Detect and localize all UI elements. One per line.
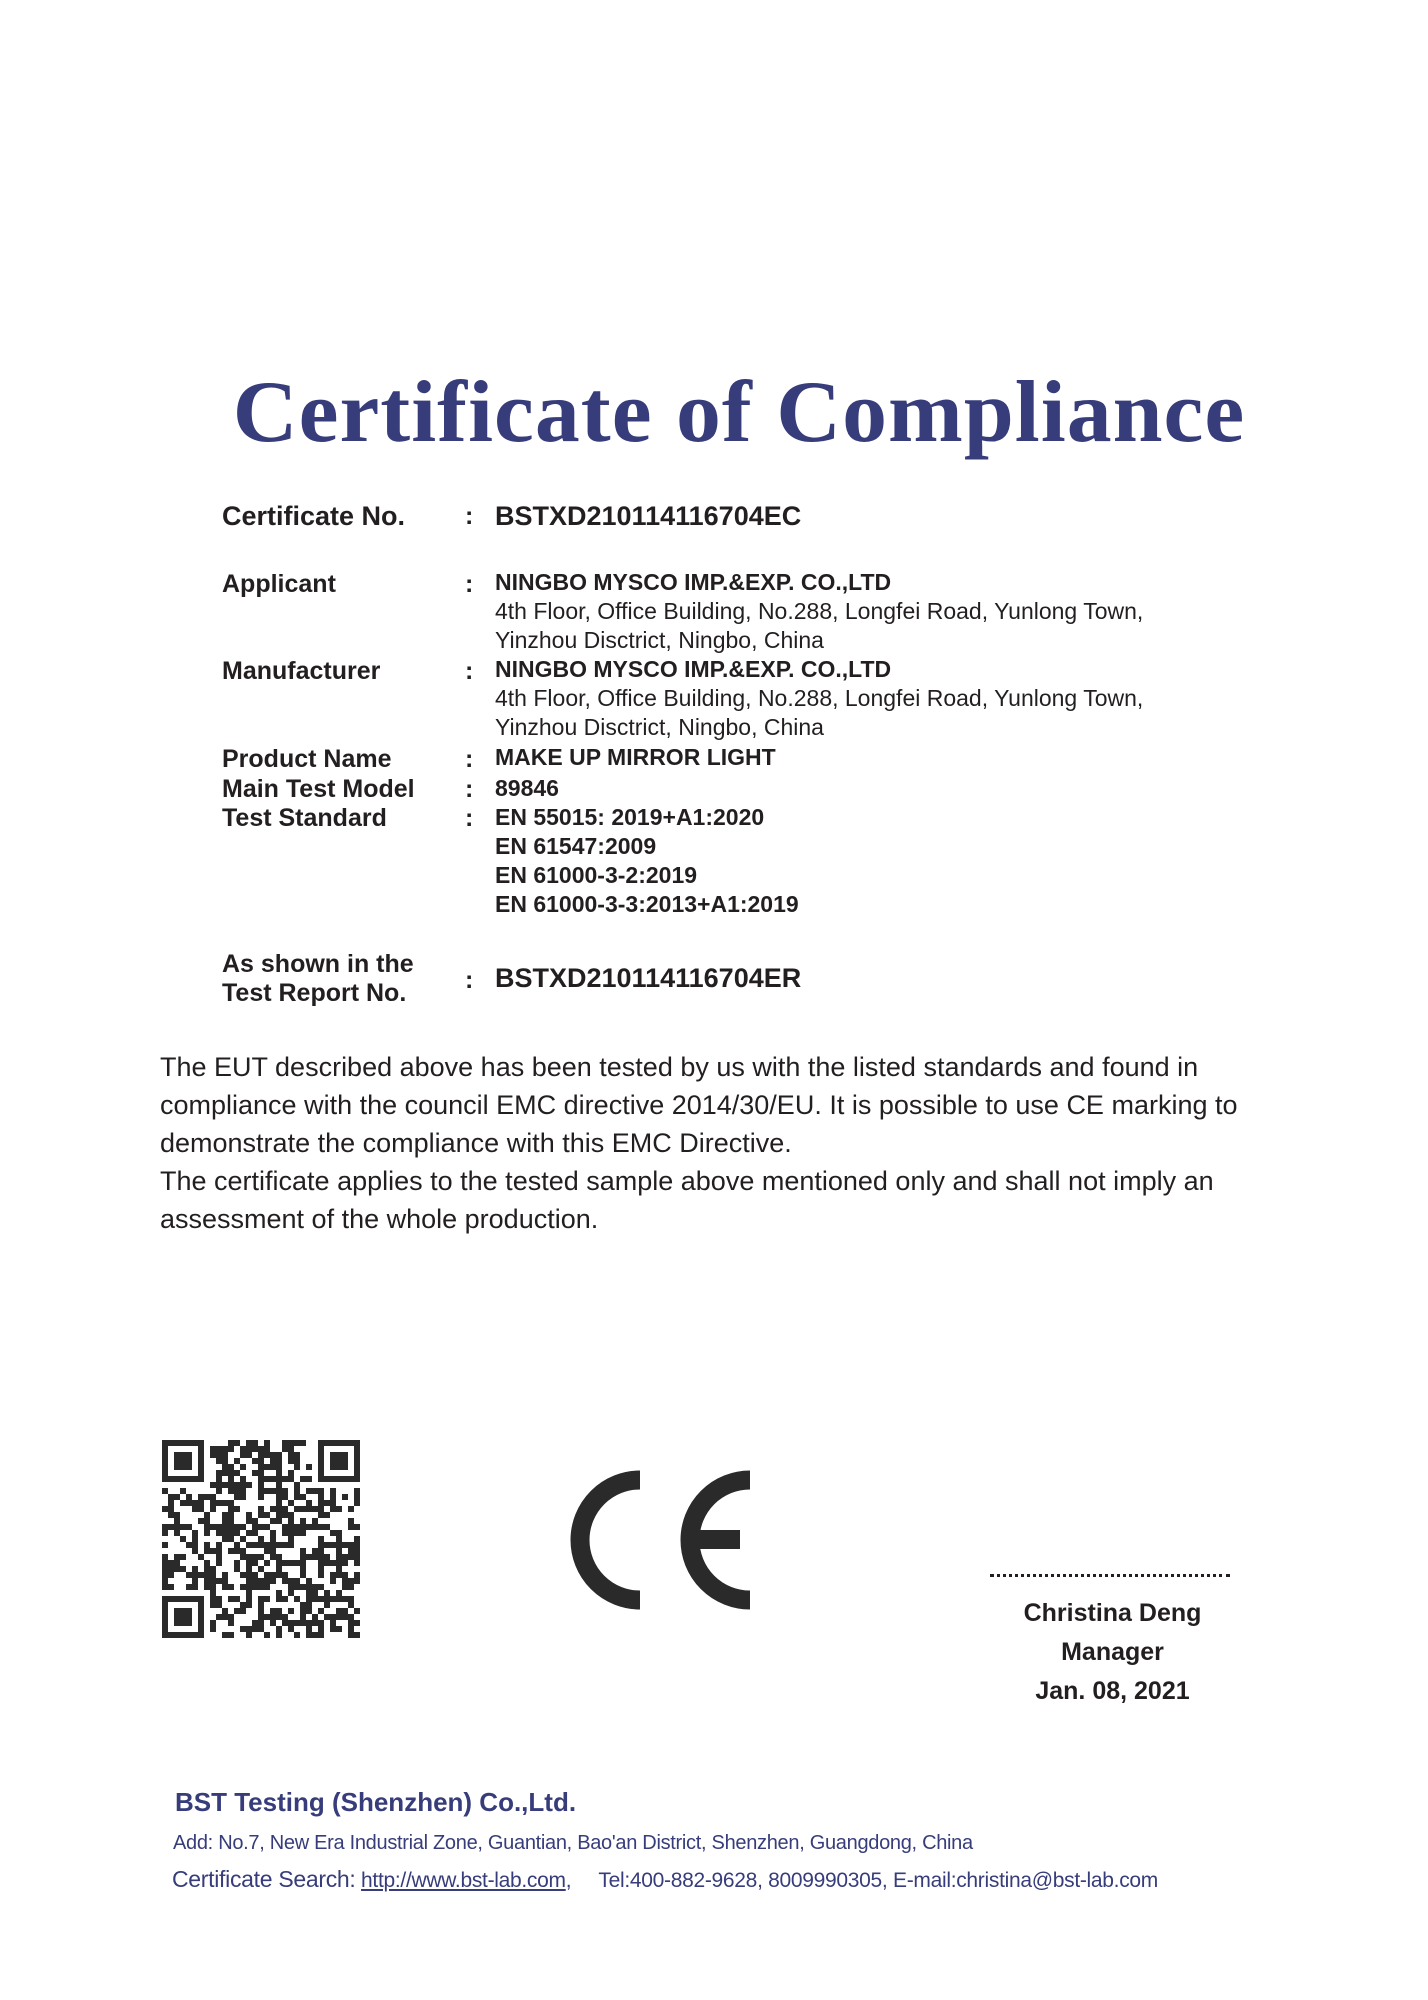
main-test-model-value: 89846 bbox=[495, 774, 559, 803]
test-standard-item: EN 61000-3-3:2013+A1:2019 bbox=[495, 890, 799, 919]
colon: : bbox=[465, 502, 473, 531]
footer-address: Add: No.7, New Era Industrial Zone, Guan… bbox=[173, 1832, 973, 1855]
manufacturer-label: Manufacturer bbox=[222, 657, 380, 686]
test-report-label-line2: Test Report No. bbox=[222, 979, 414, 1008]
product-name-label: Product Name bbox=[222, 745, 391, 774]
contact-info: Tel:400-882-9628, 8009990305, E-mail:chr… bbox=[598, 1869, 1158, 1892]
test-report-value: BSTXD210114116704ER bbox=[495, 964, 801, 993]
qr-code-icon bbox=[162, 1440, 360, 1638]
colon: : bbox=[465, 775, 473, 804]
manufacturer-value: NINGBO MYSCO IMP.&EXP. CO.,LTD 4th Floor… bbox=[495, 655, 1143, 742]
test-standard-list: EN 55015: 2019+A1:2020 EN 61547:2009 EN … bbox=[495, 803, 799, 919]
colon: : bbox=[465, 570, 473, 599]
signature-block: Christina Deng Manager Jan. 08, 2021 bbox=[980, 1594, 1245, 1711]
colon: : bbox=[465, 804, 473, 833]
applicant-label: Applicant bbox=[222, 570, 336, 599]
colon: : bbox=[465, 966, 473, 995]
test-standard-item: EN 61547:2009 bbox=[495, 832, 799, 861]
main-test-model-label: Main Test Model bbox=[222, 775, 415, 804]
footer-contact: Certificate Search: http://www.bst-lab.c… bbox=[172, 1866, 1158, 1893]
product-name-value: MAKE UP MIRROR LIGHT bbox=[495, 743, 776, 772]
page-title: Certificate of Compliance bbox=[0, 362, 1428, 463]
certificate-no-value: BSTXD210114116704EC bbox=[495, 502, 801, 531]
signature-line bbox=[990, 1574, 1230, 1577]
applicant-address-line1: 4th Floor, Office Building, No.288, Long… bbox=[495, 597, 1143, 626]
applicant-name: NINGBO MYSCO IMP.&EXP. CO.,LTD bbox=[495, 568, 1143, 597]
signatory-name: Christina Deng bbox=[980, 1594, 1245, 1633]
test-report-label: As shown in the Test Report No. bbox=[222, 950, 414, 1008]
statement-paragraph: The EUT described above has been tested … bbox=[160, 1048, 1320, 1162]
manufacturer-name: NINGBO MYSCO IMP.&EXP. CO.,LTD bbox=[495, 655, 1143, 684]
test-standard-item: EN 61000-3-2:2019 bbox=[495, 861, 799, 890]
compliance-statement: The EUT described above has been tested … bbox=[160, 1048, 1320, 1238]
test-standard-item: EN 55015: 2019+A1:2020 bbox=[495, 803, 799, 832]
manufacturer-address-line1: 4th Floor, Office Building, No.288, Long… bbox=[495, 684, 1143, 713]
test-standard-label: Test Standard bbox=[222, 804, 387, 833]
certificate-search-label: Certificate Search: bbox=[172, 1866, 356, 1892]
colon: : bbox=[465, 745, 473, 774]
website-suffix: , bbox=[566, 1869, 572, 1892]
statement-paragraph: The certificate applies to the tested sa… bbox=[160, 1162, 1320, 1238]
colon: : bbox=[465, 657, 473, 686]
website-link[interactable]: http://www.bst-lab.com bbox=[361, 1869, 566, 1892]
test-report-label-line1: As shown in the bbox=[222, 950, 414, 979]
ce-mark-icon bbox=[568, 1470, 768, 1610]
signature-date: Jan. 08, 2021 bbox=[980, 1672, 1245, 1711]
certificate-no-label: Certificate No. bbox=[222, 502, 405, 531]
applicant-address-line2: Yinzhou Disctrict, Ningbo, China bbox=[495, 626, 1143, 655]
footer-company: BST Testing (Shenzhen) Co.,Ltd. bbox=[175, 1787, 576, 1818]
applicant-value: NINGBO MYSCO IMP.&EXP. CO.,LTD 4th Floor… bbox=[495, 568, 1143, 655]
manufacturer-address-line2: Yinzhou Disctrict, Ningbo, China bbox=[495, 713, 1143, 742]
signatory-position: Manager bbox=[980, 1633, 1245, 1672]
